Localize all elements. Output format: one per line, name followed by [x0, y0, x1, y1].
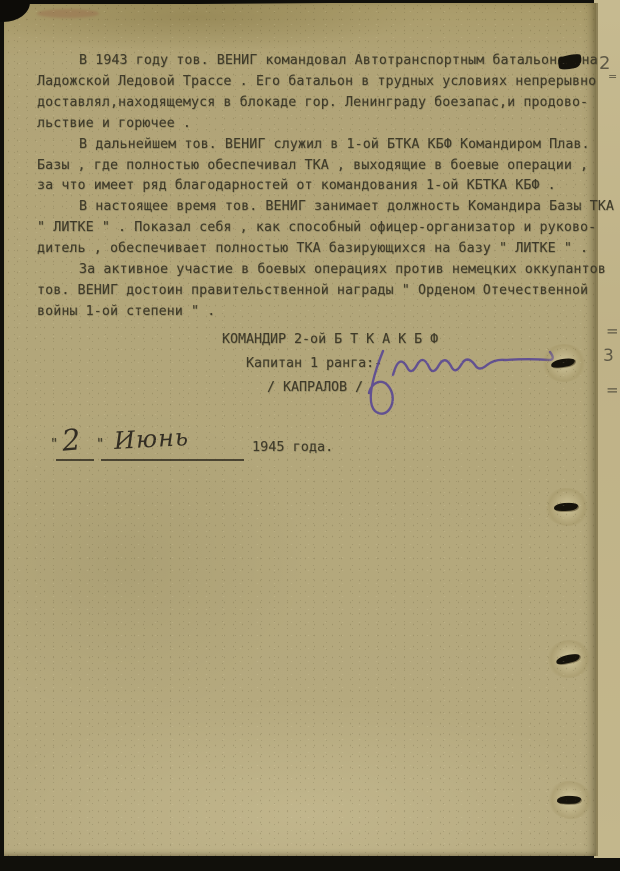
- typed-line: " ЛИТКЕ " . Показал себя , как способный…: [37, 218, 612, 239]
- binding-hole: [551, 645, 587, 673]
- typed-line: войны 1-ой степени " .: [37, 302, 612, 323]
- typed-line: Ладожской Ледовой Трассе . Его батальон …: [37, 72, 612, 93]
- equals-mark: =: [606, 322, 619, 340]
- scanned-document: В 1943 году тов. ВЕНИГ командовал Автотр…: [0, 0, 620, 871]
- faded-stamp-mark: [37, 9, 99, 18]
- signature-stroke: [369, 351, 553, 414]
- handwritten-day: 2: [61, 422, 82, 457]
- typed-line: В настоящее время тов. ВЕНИГ занимает до…: [37, 197, 612, 218]
- page-number-side: 3: [603, 346, 614, 366]
- date-underline: [101, 459, 244, 461]
- equals-mark: =: [606, 381, 619, 399]
- date-close-quote: ": [96, 436, 104, 452]
- date-open-quote: ": [50, 436, 58, 452]
- date-underline: [56, 459, 94, 461]
- typed-line: дитель , обеспечивает полностью ТКА бази…: [37, 239, 612, 260]
- binding-hole: [547, 350, 581, 376]
- document-page: В 1943 году тов. ВЕНИГ командовал Автотр…: [4, 3, 598, 856]
- binding-hole: [551, 785, 588, 815]
- typed-line: В дальнейшем тов. ВЕНИГ служил в 1-ой БТ…: [37, 135, 612, 156]
- typed-line: тов. ВЕНИГ достоин правительственной наг…: [37, 281, 612, 302]
- typed-line: В 1943 году тов. ВЕНИГ командовал Автотр…: [37, 51, 612, 72]
- typed-text-block: В 1943 году тов. ВЕНИГ командовал Автотр…: [37, 51, 612, 323]
- typed-line: За активное участие в боевых операциях п…: [37, 260, 612, 281]
- typed-line: Базы , где полностью обеспечивал ТКА , в…: [37, 156, 612, 177]
- typed-line: за что имеет ряд благодарностей от коман…: [37, 176, 612, 197]
- handwritten-month: Июнь: [113, 423, 189, 455]
- typed-line: доставлял,находящемуся в блокаде гор. Ле…: [37, 93, 612, 114]
- equals-mark: =: [608, 70, 617, 83]
- typed-line: льствие и горючее .: [37, 114, 612, 135]
- typed-year: 1945 года.: [252, 439, 333, 455]
- scanner-edge: [0, 0, 330, 4]
- binding-hole: [549, 492, 586, 521]
- signature-autograph: [349, 329, 554, 424]
